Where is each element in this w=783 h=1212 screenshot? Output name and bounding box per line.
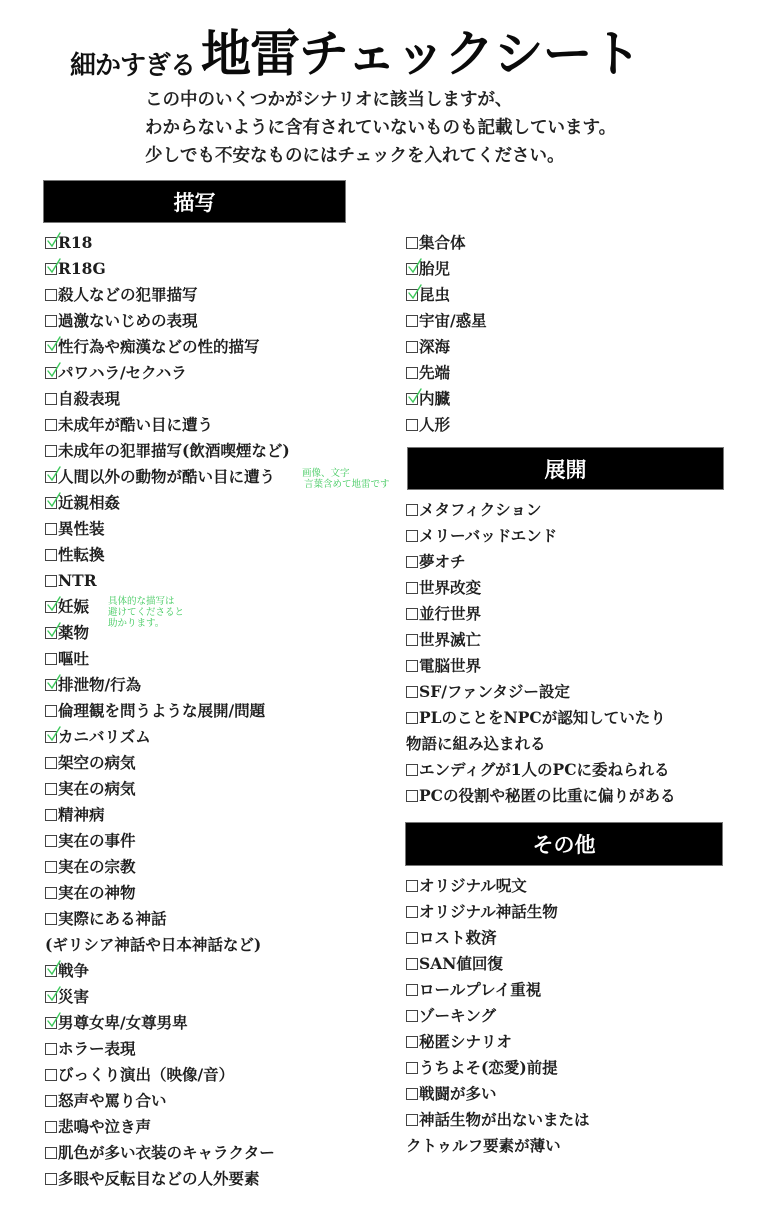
checkbox[interactable] [406,608,418,620]
checkbox-checked[interactable] [45,367,57,379]
checklist-item-label: 実在の宗教 [58,857,136,876]
checklist-item-label: 自殺表現 [58,389,120,408]
checklist-item-label: SF/ファンタジー設定 [419,682,570,701]
checklist-item[interactable]: 悲鳴や泣き声 [45,1114,290,1140]
checkbox[interactable] [406,660,418,672]
checkbox[interactable] [406,686,418,698]
checkbox-checked[interactable] [45,991,57,1003]
checklist-item-label: 嘔吐 [58,649,89,668]
checkbox[interactable] [45,809,57,821]
checklist-item-label: 実在の神物 [58,883,136,902]
checklist-item-label: 内臓 [419,389,450,408]
checklist-item-label: 災害 [58,987,89,1006]
checklist-item[interactable]: NTR [45,568,290,594]
checklist-item-label: 戦闘が多い [419,1084,497,1103]
intro-text: この中のいくつかがシナリオに該当しますが、 わからないように含有されていないもの… [145,86,616,170]
checkbox[interactable] [406,419,418,431]
checkbox[interactable] [406,530,418,542]
checklist-item[interactable]: 内臓 [406,386,487,412]
checkbox-checked[interactable] [45,237,57,249]
checkbox[interactable] [45,783,57,795]
checkbox[interactable] [406,984,418,996]
checklist-item-label: 世界滅亡 [419,630,481,649]
checkbox-checked[interactable] [45,471,57,483]
checklist-item-label: 昆虫 [419,285,450,304]
checklist-item[interactable]: 実在の事件 [45,828,290,854]
checklist-item[interactable]: 実在の病気 [45,776,290,802]
section-header-other: その他 [405,822,723,866]
checklist-item-label: オリジナル呪文 [419,876,527,895]
checklist-item[interactable]: 深海 [406,334,487,360]
handwritten-note-animals: 画像、文字 言葉含めて地雷です [302,468,390,490]
checklist-item-label: 多眼や反転目などの人外要素 [58,1169,260,1188]
checklist-item[interactable]: 昆虫 [406,282,487,308]
checklist-item-label: 未成年が酷い目に遭う [58,415,213,434]
checkbox-checked[interactable] [406,393,418,405]
checklist-item-label: R18G [58,259,106,278]
checklist-item[interactable]: 神話生物が出ないまたは [406,1107,590,1133]
checklist-item-label: 未成年の犯罪描写(飲酒喫煙など) [58,441,290,460]
checkbox[interactable] [406,367,418,379]
checklist-item[interactable]: SAN値回復 [406,951,590,977]
checkbox-checked[interactable] [45,1017,57,1029]
checklist-item-label: ロスト救済 [419,928,497,947]
checklist-item-label: 電脳世界 [419,656,481,675]
checklist-item-label: 人間以外の動物が酷い目に遭う [58,467,275,486]
checklist-item[interactable]: 戦闘が多い [406,1081,590,1107]
checklist-item[interactable]: 並行世界 [406,601,676,627]
checklist-item[interactable]: カニバリズム [45,724,290,750]
checklist-item[interactable]: 殺人などの犯罪描写 [45,282,290,308]
checklist-item[interactable]: 男尊女卑/女尊男卑 [45,1010,290,1036]
checklist-item[interactable]: 夢オチ [406,549,676,575]
checkbox[interactable] [45,549,57,561]
note-line: 助かります。 [108,618,184,629]
checkbox[interactable] [406,341,418,353]
checklist-item-label: 胎児 [419,259,450,278]
checklist-item[interactable]: PCの役割や秘匿の比重に偏りがある [406,783,676,809]
checklist-item-label: 戦争 [58,961,89,980]
checkbox[interactable] [406,1088,418,1100]
checkbox[interactable] [45,393,57,405]
checkbox[interactable] [45,1095,57,1107]
checkbox-checked[interactable] [45,965,57,977]
checkbox[interactable] [406,906,418,918]
note-line: 避けてくださると [108,607,184,618]
checkbox[interactable] [45,315,57,327]
checklist-item-label: 妊娠 [58,597,89,616]
checklist-item[interactable]: パワハラ/セクハラ [45,360,290,386]
checkbox[interactable] [45,757,57,769]
checklist-item[interactable]: メタフィクション [406,497,676,523]
checklist-item[interactable]: R18G [45,256,290,282]
checklist-item-label: ゾーキング [419,1006,496,1025]
checklist-item-continuation: (ギリシア神話や日本神話など) [45,932,290,958]
checklist-item[interactable]: 人形 [406,412,487,438]
checkbox-checked[interactable] [406,263,418,275]
checklist-item-label: 先端 [419,363,450,382]
checklist-item-label: 実際にある神話 [58,909,167,928]
note-line: 画像、文字 [302,468,390,479]
checklist-item[interactable]: 自殺表現 [45,386,290,412]
checklist-item-label: びっくり演出（映像/音） [58,1065,234,1084]
checklist-item-label: 神話生物が出ないまたは [419,1110,590,1129]
handwritten-note-pregnancy: 具体的な描写は 避けてくださると 助かります。 [108,596,184,629]
checklist-item[interactable]: ロスト救済 [406,925,590,951]
checklist-item[interactable]: 異性装 [45,516,290,542]
checkbox-checked[interactable] [45,601,57,613]
checklist-item-label: エンディグが1人のPCに委ねられる [419,760,670,779]
checklist-item[interactable]: びっくり演出（映像/音） [45,1062,290,1088]
checklist-other: オリジナル呪文オリジナル神話生物ロスト救済SAN値回復ロールプレイ重視ゾーキング… [406,873,590,1159]
section-header-depiction: 描写 [43,180,346,223]
checklist-item-label: 肌色が多い衣装のキャラクター [58,1143,275,1162]
checkbox[interactable] [406,556,418,568]
checklist-item-label: (ギリシア神話や日本神話など) [45,935,261,954]
checkbox[interactable] [406,1010,418,1022]
checklist-item-label: NTR [58,571,97,590]
checklist-item-label: 人形 [419,415,450,434]
checklist-item-label: 性行為や痴漢などの性的描写 [58,337,260,356]
checkbox[interactable] [45,913,57,925]
checklist-item[interactable]: 宇宙/惑星 [406,308,487,334]
checkbox[interactable] [406,880,418,892]
checklist-item[interactable]: オリジナル神話生物 [406,899,590,925]
checkbox-checked[interactable] [45,627,57,639]
checklist-item-label: 集合体 [419,233,466,252]
checklist-depiction: R18R18G殺人などの犯罪描写過激ないじめの表現性行為や痴漢などの性的描写パワ… [45,230,290,1192]
checkbox-checked[interactable] [45,497,57,509]
checkbox[interactable] [45,1121,57,1133]
checklist-item[interactable]: 肌色が多い衣装のキャラクター [45,1140,290,1166]
checklist-item-label: 薬物 [58,623,89,642]
checklist-item[interactable]: SF/ファンタジー設定 [406,679,676,705]
checklist-item-label: 物語に組み込まれる [406,734,546,753]
checklist-item-continuation: クトゥルフ要素が薄い [406,1133,590,1159]
checklist-item-label: 秘匿シナリオ [419,1032,512,1051]
checkbox[interactable] [406,958,418,970]
checkbox[interactable] [406,764,418,776]
checklist-item-label: PLのことをNPCが認知していたり [419,708,666,727]
checklist-item[interactable]: ゾーキング [406,1003,590,1029]
checklist-item[interactable]: 怒声や罵り合い [45,1088,290,1114]
checklist-item-label: 実在の事件 [58,831,136,850]
checklist-item[interactable]: 倫理観を問うような展開/問題 [45,698,290,724]
checklist-item[interactable]: 世界滅亡 [406,627,676,653]
checklist-item[interactable]: メリーバッドエンド [406,523,676,549]
checklist-item[interactable]: 災害 [45,984,290,1010]
checklist-item-label: SAN値回復 [419,954,503,973]
checklist-item[interactable]: うちよそ(恋愛)前提 [406,1055,590,1081]
checkbox[interactable] [406,237,418,249]
note-line: 具体的な描写は [108,596,184,607]
checkbox[interactable] [45,1043,57,1055]
checklist-item-continuation: 物語に組み込まれる [406,731,676,757]
checkbox[interactable] [45,1069,57,1081]
checklist-item-label: 性転換 [58,545,105,564]
checklist-item[interactable]: 嘔吐 [45,646,290,672]
checklist-item-label: 架空の病気 [58,753,136,772]
checkbox[interactable] [45,705,57,717]
checklist-item[interactable]: R18 [45,230,290,256]
checklist-item[interactable]: 世界改変 [406,575,676,601]
checklist-item[interactable]: 精神病 [45,802,290,828]
checklist-item[interactable]: PLのことをNPCが認知していたり [406,705,676,731]
checklist-item-label: パワハラ/セクハラ [58,363,187,382]
checkbox[interactable] [45,1147,57,1159]
checklist-item-label: 世界改変 [419,578,481,597]
checklist-item-label: ホラー表現 [58,1039,136,1058]
checklist-item[interactable]: 集合体 [406,230,487,256]
checklist-item[interactable]: 過激ないじめの表現 [45,308,290,334]
title-prefix: 細かすぎる [70,45,195,82]
checkbox-checked[interactable] [45,263,57,275]
checklist-item-label: 倫理観を問うような展開/問題 [58,701,265,720]
checklist-item-label: 並行世界 [419,604,481,623]
checklist-item-label: PCの役割や秘匿の比重に偏りがある [419,786,676,805]
checkbox[interactable] [406,634,418,646]
checkbox[interactable] [406,504,418,516]
checkbox[interactable] [45,653,57,665]
checklist-item[interactable]: 実在の宗教 [45,854,290,880]
checkbox[interactable] [406,582,418,594]
intro-line: この中のいくつかがシナリオに該当しますが、 [145,86,616,114]
checkbox-checked[interactable] [45,341,57,353]
checklist-item-label: メタフィクション [419,500,541,519]
checklist-depiction-continued: 集合体胎児昆虫宇宙/惑星深海先端内臓人形 [406,230,487,438]
note-line: 言葉含めて地雷です [304,479,390,490]
checklist-item[interactable]: 排泄物/行為 [45,672,290,698]
title-main: 地雷チェックシート [201,14,641,86]
intro-line: 少しでも不安なものにはチェックを入れてください。 [145,142,616,170]
page-title: 細かすぎる地雷チェックシート [70,14,641,86]
checklist-item[interactable]: 人間以外の動物が酷い目に遭う [45,464,290,490]
checklist-item[interactable]: ロールプレイ重視 [406,977,590,1003]
checklist-item[interactable]: 未成年の犯罪描写(飲酒喫煙など) [45,438,290,464]
checkbox[interactable] [45,445,57,457]
checklist-item-label: R18 [58,233,92,252]
checkbox[interactable] [45,887,57,899]
checkbox-checked[interactable] [45,731,57,743]
checklist-item-label: 精神病 [58,805,105,824]
checklist-item[interactable]: 先端 [406,360,487,386]
checklist-item[interactable]: 電脳世界 [406,653,676,679]
checkbox[interactable] [45,1173,57,1185]
checkbox-checked[interactable] [45,679,57,691]
checklist-item[interactable]: 秘匿シナリオ [406,1029,590,1055]
checklist-item-label: 深海 [419,337,450,356]
checklist-item-label: 宇宙/惑星 [419,311,487,330]
checklist-development: メタフィクションメリーバッドエンド夢オチ世界改変並行世界世界滅亡電脳世界SF/フ… [406,497,676,809]
checklist-item[interactable]: 架空の病気 [45,750,290,776]
checklist-item[interactable]: 多眼や反転目などの人外要素 [45,1166,290,1192]
checkbox[interactable] [45,523,57,535]
checklist-item-label: 実在の病気 [58,779,136,798]
checklist-item[interactable]: 性転換 [45,542,290,568]
intro-line: わからないように含有されていないものも記載しています。 [145,114,616,142]
checkbox[interactable] [406,1036,418,1048]
checkbox[interactable] [45,419,57,431]
checkbox[interactable] [406,315,418,327]
checklist-item[interactable]: 実在の神物 [45,880,290,906]
checkbox[interactable] [406,1062,418,1074]
checklist-item-label: 悲鳴や泣き声 [58,1117,151,1136]
checkbox[interactable] [45,835,57,847]
checklist-item-label: 近親相姦 [58,493,120,512]
checkbox[interactable] [406,1114,418,1126]
checkbox[interactable] [406,932,418,944]
checkbox[interactable] [45,575,57,587]
checklist-item-label: 排泄物/行為 [58,675,141,694]
checklist-item-label: クトゥルフ要素が薄い [406,1136,561,1155]
checklist-item-label: 異性装 [58,519,105,538]
checklist-item-label: カニバリズム [58,727,151,746]
checkbox[interactable] [45,861,57,873]
checklist-item[interactable]: 胎児 [406,256,487,282]
checklist-item-label: 過激ないじめの表現 [58,311,198,330]
checklist-item-label: 殺人などの犯罪描写 [58,285,198,304]
checklist-item[interactable]: ホラー表現 [45,1036,290,1062]
checklist-item[interactable]: 近親相姦 [45,490,290,516]
checklist-item[interactable]: 戦争 [45,958,290,984]
checklist-item[interactable]: オリジナル呪文 [406,873,590,899]
checklist-item-label: 怒声や罵り合い [58,1091,167,1110]
checklist-item-label: 男尊女卑/女尊男卑 [58,1013,188,1032]
checklist-item[interactable]: エンディグが1人のPCに委ねられる [406,757,676,783]
checklist-item[interactable]: 未成年が酷い目に遭う [45,412,290,438]
checkbox[interactable] [45,289,57,301]
checklist-item[interactable]: 性行為や痴漢などの性的描写 [45,334,290,360]
checklist-item[interactable]: 実際にある神話 [45,906,290,932]
checkbox[interactable] [406,790,418,802]
section-header-development: 展開 [407,447,724,490]
checkbox-checked[interactable] [406,289,418,301]
checklist-item-label: ロールプレイ重視 [419,980,541,999]
checklist-item-label: うちよそ(恋愛)前提 [419,1058,558,1077]
checkbox[interactable] [406,712,418,724]
checklist-item-label: メリーバッドエンド [419,526,557,545]
checklist-item-label: オリジナル神話生物 [419,902,558,921]
checklist-item-label: 夢オチ [419,552,466,571]
